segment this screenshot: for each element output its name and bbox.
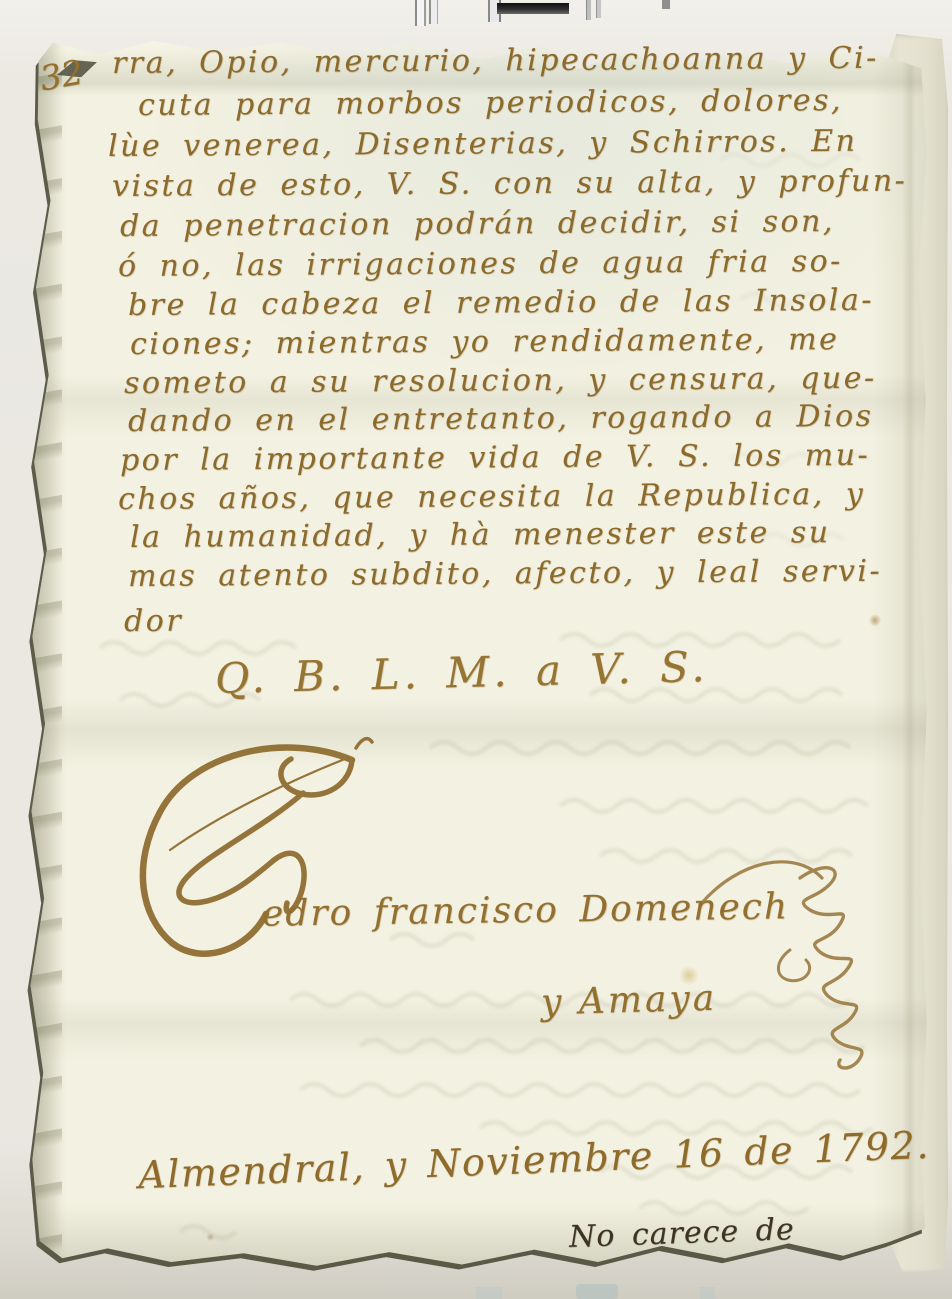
binding-clamp-icon [497, 3, 569, 14]
manuscript-line: vista de esto, V. S. con su alta, y prof… [112, 163, 907, 204]
scanner-ghost-mark [700, 1287, 715, 1299]
signature-second-line: y Amaya [540, 978, 717, 1024]
manuscript-line: dando en el entretanto, rogando a Dios [128, 399, 874, 439]
binding-clip-icon [596, 0, 601, 18]
binding-clip-icon [429, 0, 438, 24]
manuscript-line: ciones; mientras yo rendidamente, me [130, 322, 840, 362]
manuscript-line: bre la cabeza el remedio de las Insola- [128, 283, 874, 323]
manuscript-line: someto a su resolucion, y censura, que- [124, 361, 877, 401]
manuscript-line: lùe venerea, Disenterias, y Schirros. En [108, 124, 858, 164]
manuscript-line: chos años, que necesita la Republica, y [118, 477, 865, 517]
signature-name: edro francisco Domenech [262, 886, 790, 934]
binding-clip-icon [415, 0, 426, 26]
manuscript-line: por la importante vida de V. S. los mu- [120, 438, 870, 478]
binding-mark-icon [662, 0, 670, 9]
manuscript-line: da penetracion podrán decidir, si son, [120, 204, 835, 244]
scanner-ghost-mark [576, 1284, 618, 1299]
manuscript-line: mas atento subdito, afecto, y leal servi… [128, 554, 882, 594]
manuscript-line: dor [124, 604, 183, 639]
page-number: 32 [37, 53, 87, 100]
manuscript-line: ó no, las irrigaciones de agua fria so- [118, 244, 843, 284]
manuscript-line: cuta para morbos periodicos, dolores, [138, 83, 843, 123]
manuscript-line: la humanidad, y hà menester este su [130, 515, 831, 555]
scanner-ghost-mark [476, 1287, 502, 1299]
scanned-manuscript-page: { "scan": { "page_number": "32" }, "lett… [0, 0, 952, 1299]
binding-clip-icon [586, 0, 591, 20]
manuscript-line: rra, Opio, mercurio, hipecachoanna y Ci- [112, 41, 879, 81]
